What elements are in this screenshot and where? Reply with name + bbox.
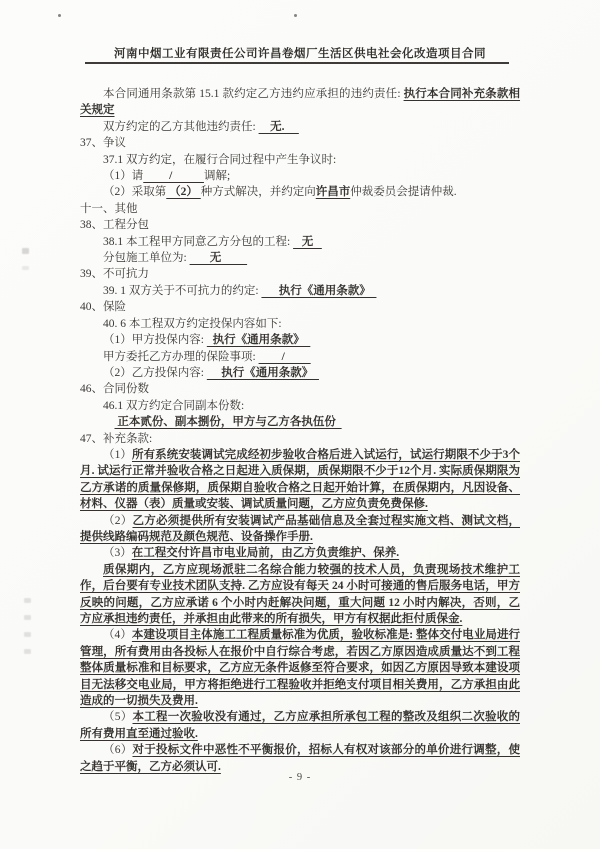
filled-in-text: 无 xyxy=(293,236,322,248)
contract-line: 甲方委托乙方办理的保险事项: / xyxy=(80,349,520,365)
text-segment: 十一、其他 xyxy=(80,203,138,215)
contract-line: 质保期内，乙方应现场派驻二名综合能力较强的技术人员，负责现场技术维护工作，后台要… xyxy=(80,562,520,628)
contract-line: 十一、其他 xyxy=(80,201,520,217)
text-segment: （5） xyxy=(103,711,133,723)
filled-in-text: 无 xyxy=(190,252,248,264)
text-segment: （1） xyxy=(103,449,132,461)
filled-in-text: 本工程一次验收没有通过，乙方应承担所承包工程的整改及组织二次验收的所有费用直至通… xyxy=(80,711,520,739)
contract-line: （5）本工程一次验收没有通过，乙方应承担所承包工程的整改及组织二次验收的所有费用… xyxy=(80,709,520,742)
text-segment: 双方约定的乙方其他违约责任: xyxy=(103,121,259,133)
text-segment: 40、保险 xyxy=(80,301,126,313)
filled-in-text: 在工程交付许昌市电业局前，由乙方负责维护、保养. xyxy=(132,547,399,559)
filled-in-text: 无. xyxy=(259,121,299,133)
filled-in-text: / xyxy=(143,170,204,182)
filled-in-text: 对于投标文件中恶性不平衡报价，招标人有权对该部分的单价进行调整，使之趋于平衡，乙… xyxy=(80,744,520,772)
text-segment: 种方式解决，并约定向 xyxy=(201,186,316,198)
text-segment: 46、合同份数 xyxy=(80,383,149,395)
contract-line: 39、不可抗力 xyxy=(80,266,520,282)
contract-line: 46.1 双方约定合同副本份数: xyxy=(80,398,520,414)
filled-in-text: 所有系统安装调试完成经初步验收合格后进入试运行，试运行期限不少于3个月. 试运行… xyxy=(80,449,520,510)
contract-line: 双方约定的乙方其他违约责任: 无. xyxy=(80,119,520,135)
text-segment: （2）乙方投保内容: xyxy=(103,367,207,379)
page-number: - 9 - xyxy=(0,772,600,783)
contract-body: 本合同通用条款第 15.1 款约定乙方违约应承担的违约责任: 执行本合同补充条款… xyxy=(80,86,520,775)
text-segment: 40. 6 本工程双方约定投保内容如下: xyxy=(103,318,282,330)
contract-line: 37.1 双方约定，在履行合同过程中产生争议时: xyxy=(80,152,520,168)
contract-line: （1）甲方投保内容: 执行《通用条款》 xyxy=(80,332,520,348)
margin-smudge-upper xyxy=(22,248,30,270)
scan-dot-artifact xyxy=(294,14,297,17)
text-segment: 仲裁委员会提请仲裁. xyxy=(350,186,456,198)
filled-in-text: 执行《通用条款》 xyxy=(261,285,376,297)
contract-line: 38.1 本工程甲方同意乙方分包的工程: 无 xyxy=(80,234,520,250)
contract-line: 39. 1 双方关于不可抗力的约定: 执行《通用条款》 xyxy=(80,283,520,299)
text-segment: 38.1 本工程甲方同意乙方分包的工程: xyxy=(103,236,293,248)
text-segment: （1）甲方投保内容: xyxy=(103,334,207,346)
text-segment: （2） xyxy=(103,515,133,527)
scan-dot-artifact xyxy=(58,14,61,17)
contract-header-title: 河南中烟工业有限责任公司许昌卷烟厂生活区供电社会化改造项目合同 xyxy=(0,45,600,61)
contract-line: 47、补充条款: xyxy=(80,431,520,447)
header-divider xyxy=(85,62,509,64)
contract-line: 46、合同份数 xyxy=(80,381,520,397)
text-segment: 39、不可抗力 xyxy=(80,268,149,280)
text-segment: （6） xyxy=(103,744,133,756)
text-segment: 39. 1 双方关于不可抗力的约定: xyxy=(103,285,261,297)
text-segment: 37.1 双方约定，在履行合同过程中产生争议时: xyxy=(103,154,336,166)
text-segment: 46.1 双方约定合同副本份数: xyxy=(103,400,244,412)
text-segment: 调解; xyxy=(204,170,230,182)
contract-line: （1）请 / 调解; xyxy=(80,168,520,184)
contract-line: （6）对于投标文件中恶性不平衡报价，招标人有权对该部分的单价进行调整，使之趋于平… xyxy=(80,742,520,775)
scanned-contract-page: 河南中烟工业有限责任公司许昌卷烟厂生活区供电社会化改造项目合同 本合同通用条款第… xyxy=(0,0,600,849)
contract-line: （2）乙方投保内容: 执行《通用条款》 xyxy=(80,365,520,381)
filled-in-text: 执行《通用条款》 xyxy=(207,367,319,379)
margin-smudge-lower xyxy=(24,598,32,654)
text-segment: （4） xyxy=(103,629,132,641)
filled-in-text: 执行《通用条款》 xyxy=(207,334,311,346)
filled-in-text: 乙方必须提供所有安装调试产品基础信息及全套过程实施文档、测试文档，提供线路编码规… xyxy=(80,515,520,543)
contract-line: （2）乙方必须提供所有安装调试产品基础信息及全套过程实施文档、测试文档，提供线路… xyxy=(80,513,520,546)
filled-in-text: 本建设项目主体施工工程质量标准为优质，验收标准是: 整体交付电业局进行管理，所有… xyxy=(80,629,520,707)
contract-line: 分包施工单位为: 无 xyxy=(80,250,520,266)
contract-line: 本合同通用条款第 15.1 款约定乙方违约应承担的违约责任: 执行本合同补充条款… xyxy=(80,86,520,119)
contract-line: 40. 6 本工程双方约定投保内容如下: xyxy=(80,316,520,332)
contract-line: （1）所有系统安装调试完成经初步验收合格后进入试运行，试运行期限不少于3个月. … xyxy=(80,447,520,513)
filled-in-text: （2） xyxy=(166,186,201,198)
text-segment: 甲方委托乙方办理的保险事项: xyxy=(103,351,259,363)
contract-line: 正本贰份、副本捌份，甲方与乙方各执伍份 xyxy=(80,414,520,430)
text-segment: （3） xyxy=(103,547,132,559)
filled-in-text: 质保期内，乙方应现场派驻二名综合能力较强的技术人员，负责现场技术维护工作，后台要… xyxy=(80,564,520,625)
filled-in-text: / xyxy=(259,351,311,363)
contract-line: （4）本建设项目主体施工工程质量标准为优质，验收标准是: 整体交付电业局进行管理… xyxy=(80,627,520,709)
text-segment: 47、补充条款: xyxy=(80,433,152,445)
contract-line: （2）采取第 （2） 种方式解决，并约定向许昌市仲裁委员会提请仲裁. xyxy=(80,184,520,200)
contract-line: 38、工程分包 xyxy=(80,217,520,233)
text-segment: 38、工程分包 xyxy=(80,219,149,231)
filled-in-text: 正本贰份、副本捌份，甲方与乙方各执伍份 xyxy=(115,416,342,428)
text-segment: （1）请 xyxy=(103,170,143,182)
contract-line: （3）在工程交付许昌市电业局前，由乙方负责维护、保养. xyxy=(80,545,520,561)
text-segment: 分包施工单位为: xyxy=(103,252,190,264)
contract-line: 37、争议 xyxy=(80,135,520,151)
text-segment: 本合同通用条款第 15.1 款约定乙方违约应承担的违约责任: xyxy=(103,88,404,100)
text-segment: （2）采取第 xyxy=(103,186,166,198)
contract-line: 40、保险 xyxy=(80,299,520,315)
filled-in-text: 许昌市 xyxy=(316,186,351,198)
text-segment: 37、争议 xyxy=(80,137,126,149)
